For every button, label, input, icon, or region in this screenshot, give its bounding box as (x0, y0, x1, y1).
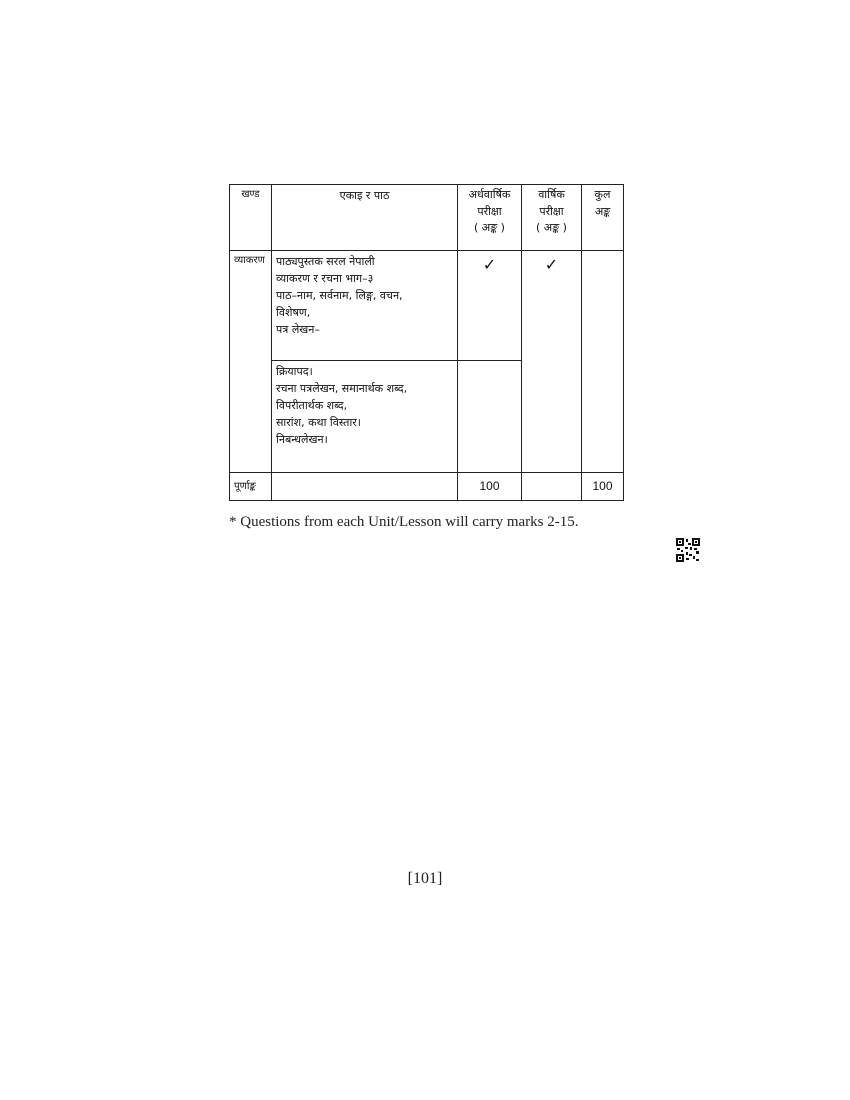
header-unit-lesson: एकाइ र पाठ (272, 185, 458, 251)
header-total-line2: अङ्क (586, 204, 619, 221)
marks-distribution-table: खण्ड एकाइ र पाठ अर्धवार्षिक परीक्षा ( अङ… (229, 184, 624, 501)
check-mark-icon: ✓ (545, 255, 558, 274)
qr-code-icon (676, 538, 700, 562)
content-line: निबन्धलेखन। (276, 431, 453, 448)
total-row: पूर्णाङ्क 100 100 (230, 473, 624, 501)
content-line: पत्र लेखन– (276, 321, 453, 338)
content-line: सारांश, कथा विस्तार। (276, 414, 453, 431)
header-half-yearly-line3: ( अङ्क ) (462, 220, 517, 237)
header-annual: वार्षिक परीक्षा ( अङ्क ) (522, 185, 582, 251)
content-line: पाठ्यपुस्तक सरल नेपाली (276, 253, 453, 270)
header-annual-line1: वार्षिक (526, 187, 577, 204)
total-cell-empty (582, 251, 624, 473)
header-annual-line3: ( अङ्क ) (526, 220, 577, 237)
header-section: खण्ड (230, 185, 272, 251)
header-total-line1: कुल (586, 187, 619, 204)
content-line: विशेषण, (276, 304, 453, 321)
content-line: व्याकरण र रचना भाग–३ (276, 270, 453, 287)
check-mark-icon: ✓ (483, 255, 496, 274)
content-line: पाठ–नाम, सर्वनाम, लिङ्ग, वचन, (276, 287, 453, 304)
header-half-yearly-line2: परीक्षा (462, 204, 517, 221)
content-line: विपरीतार्थक शब्द, (276, 397, 453, 414)
content-cell-2: क्रियापद। रचना पत्रलेखन, समानार्थक शब्द,… (272, 361, 458, 473)
header-half-yearly: अर्धवार्षिक परीक्षा ( अङ्क ) (458, 185, 522, 251)
section-cell: व्याकरण (230, 251, 272, 473)
total-overall: 100 (582, 473, 624, 501)
half-yearly-check-cell: ✓ (458, 251, 522, 361)
header-annual-line2: परीक्षा (526, 204, 577, 221)
total-label: पूर्णाङ्क (230, 473, 272, 501)
total-half-yearly: 100 (458, 473, 522, 501)
content-line: क्रियापद। (276, 363, 453, 380)
content-cell-1: पाठ्यपुस्तक सरल नेपाली व्याकरण र रचना भा… (272, 251, 458, 361)
table-header-row: खण्ड एकाइ र पाठ अर्धवार्षिक परीक्षा ( अङ… (230, 185, 624, 251)
footnote: * Questions from each Unit/Lesson will c… (229, 514, 579, 531)
total-annual (522, 473, 582, 501)
header-total: कुल अङ्क (582, 185, 624, 251)
half-yearly-empty-cell (458, 361, 522, 473)
header-half-yearly-line1: अर्धवार्षिक (462, 187, 517, 204)
total-row-blank (272, 473, 458, 501)
table-row: व्याकरण पाठ्यपुस्तक सरल नेपाली व्याकरण र… (230, 251, 624, 361)
page-number: [101] (0, 870, 850, 888)
content-line: रचना पत्रलेखन, समानार्थक शब्द, (276, 380, 453, 397)
annual-check-cell: ✓ (522, 251, 582, 473)
